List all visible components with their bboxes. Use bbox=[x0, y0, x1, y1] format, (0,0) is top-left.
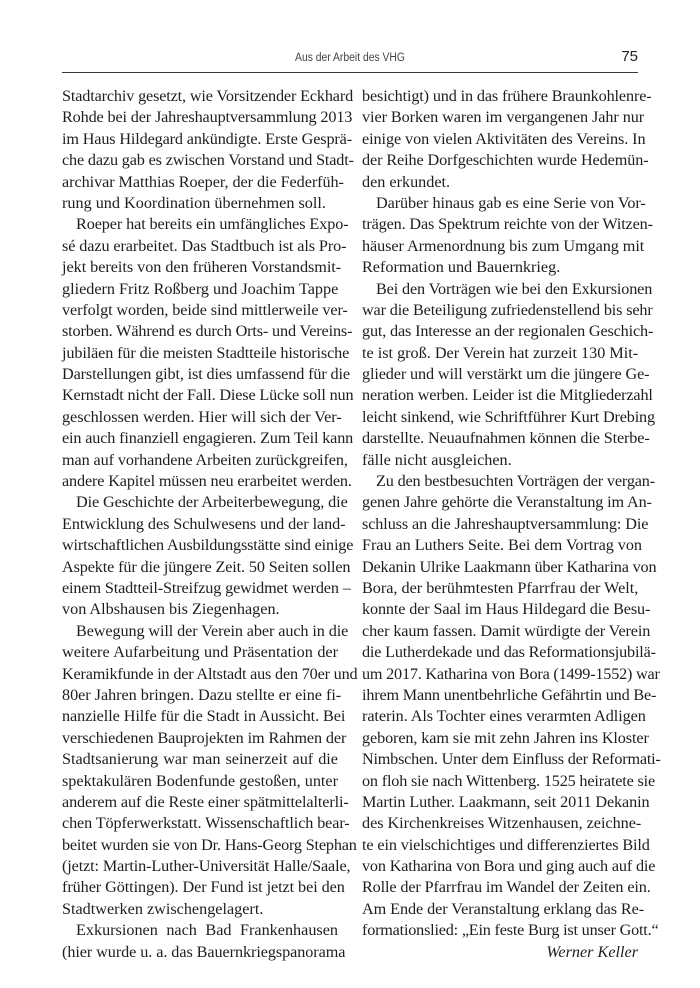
text-line: Rolle der Pfarrfrau im Wandel der Zeiten… bbox=[362, 877, 638, 898]
paragraph: Stadtarchiv gesetzt, wie Vorsitzender Ec… bbox=[62, 86, 338, 214]
text-line: Keramikfunde in der Altstadt aus den 70e… bbox=[62, 664, 338, 685]
text-line: neration werben. Leider ist die Mitglied… bbox=[362, 385, 638, 406]
author-signature: Werner Keller bbox=[362, 942, 638, 963]
text-line: fälle nicht ausgleichen. bbox=[362, 450, 638, 471]
right-column: besichtigt) und in das frühere Braunkohl… bbox=[362, 86, 638, 963]
text-line: te ist groß. Der Verein hat zurzeit 130 … bbox=[362, 343, 638, 364]
text-line: Exkursionen nach Bad Frankenhausen bbox=[62, 920, 338, 941]
paragraph: Roeper hat bereits ein umfängliches Expo… bbox=[62, 214, 338, 492]
text-line: der Reihe Dorfgeschichten wurde Hedemün- bbox=[362, 150, 638, 171]
text-line: Roeper hat bereits ein umfängliches Expo… bbox=[62, 214, 338, 235]
text-line: Zu den bestbesuchten Vorträgen der verga… bbox=[362, 471, 638, 492]
text-line: cher kaum fassen. Damit würdigte der Ver… bbox=[362, 621, 638, 642]
text-line: genen Jahre gehörte die Veranstaltung im… bbox=[362, 492, 638, 513]
left-column: Stadtarchiv gesetzt, wie Vorsitzender Ec… bbox=[62, 86, 338, 963]
text-line: archivar Matthias Roeper, der die Federf… bbox=[62, 172, 338, 193]
text-line: geboren, kam sie mit zehn Jahren ins Klo… bbox=[362, 728, 638, 749]
text-line: früher Göttingen). Der Fund ist jetzt be… bbox=[62, 877, 338, 898]
paragraph: Darüber hinaus gab es eine Serie von Vor… bbox=[362, 193, 638, 279]
text-line: rung und Koordination übernehmen soll. bbox=[62, 193, 338, 214]
text-line: beitet wurden sie von Dr. Hans-Georg Ste… bbox=[62, 835, 338, 856]
text-line: darstellte. Neuaufnahmen können die Ster… bbox=[362, 428, 638, 449]
text-line: Martin Luther. Laakmann, seit 2011 Dekan… bbox=[362, 792, 638, 813]
text-line: nanzielle Hilfe für die Stadt in Aussich… bbox=[62, 706, 338, 727]
text-line: Reformation und Bauernkrieg. bbox=[362, 257, 638, 278]
text-line: glieder und will verstärkt um die jünger… bbox=[362, 364, 638, 385]
text-line: einige von vielen Aktivitäten des Verein… bbox=[362, 129, 638, 150]
text-line: die Lutherdekade und das Reformationsjub… bbox=[362, 642, 638, 663]
text-line: Stadtsanierung war man seinerzeit auf di… bbox=[62, 749, 338, 770]
paragraph: Zu den bestbesuchten Vorträgen der verga… bbox=[362, 471, 638, 942]
text-line: Bora, der berühmtesten Pfarrfrau der Wel… bbox=[362, 578, 638, 599]
text-line: Darüber hinaus gab es eine Serie von Vor… bbox=[362, 193, 638, 214]
text-line: anderem auf die Reste einer spätmittelal… bbox=[62, 792, 338, 813]
text-line: Dekanin Ulrike Laakmann über Katharina v… bbox=[362, 557, 638, 578]
text-line: schluss an die Jahreshauptversammlung: D… bbox=[362, 514, 638, 535]
text-line: (hier wurde u. a. das Bauernkriegspanora… bbox=[62, 942, 338, 963]
text-line: jekt bereits von den früheren Vorstandsm… bbox=[62, 257, 338, 278]
paragraph: Bewegung will der Verein aber auch in di… bbox=[62, 621, 338, 920]
text-line: geschlossen werden. Hier will sich der V… bbox=[62, 407, 338, 428]
text-line: im Haus Hildegard ankündigte. Erste Gesp… bbox=[62, 129, 338, 150]
text-line: Aspekte für die jüngere Zeit. 50 Seiten … bbox=[62, 557, 338, 578]
text-line: te ein vielschichtiges und differenziert… bbox=[362, 835, 638, 856]
paragraph: besichtigt) und in das frühere Braunkohl… bbox=[362, 86, 638, 193]
text-line: Nimbschen. Unter dem Einfluss der Reform… bbox=[362, 749, 638, 770]
text-line: vier Borken waren im vergangenen Jahr nu… bbox=[362, 107, 638, 128]
text-line: trägen. Das Spektrum reichte von der Wit… bbox=[362, 214, 638, 235]
paragraph: Die Geschichte der Arbeiterbewegung, die… bbox=[62, 492, 338, 620]
text-line: ihrem Mann unentbehrliche Gefährtin und … bbox=[362, 685, 638, 706]
text-line: formationslied: „Ein feste Burg ist unse… bbox=[362, 920, 638, 941]
text-line: che dazu gab es zwischen Vorstand und St… bbox=[62, 150, 338, 171]
text-line: des Kirchenkreises Witzenhausen, zeichne… bbox=[362, 813, 638, 834]
text-line: Entwicklung des Schulwesens und der land… bbox=[62, 514, 338, 535]
text-line: man auf vorhandene Arbeiten zurückgreife… bbox=[62, 450, 338, 471]
page-number: 75 bbox=[621, 48, 638, 65]
text-line: 80er Jahren bringen. Dazu stellte er ein… bbox=[62, 685, 338, 706]
text-line: besichtigt) und in das frühere Braunkohl… bbox=[362, 86, 638, 107]
text-line: Darstellungen gibt, ist dies umfassend f… bbox=[62, 364, 338, 385]
paragraph: Bei den Vorträgen wie bei den Exkursione… bbox=[362, 279, 638, 472]
text-line: ein auch finanziell engagieren. Zum Teil… bbox=[62, 428, 338, 449]
text-line: von Albshausen bis Ziegenhagen. bbox=[62, 599, 338, 620]
text-line: von Katharina von Bora und ging auch auf… bbox=[362, 856, 638, 877]
text-line: Bei den Vorträgen wie bei den Exkursione… bbox=[362, 279, 638, 300]
text-line: Rohde bei der Jahreshauptversammlung 201… bbox=[62, 107, 338, 128]
text-line: um 2017. Katharina von Bora (1499-1552) … bbox=[362, 664, 638, 685]
paragraph: Exkursionen nach Bad Frankenhausen(hier … bbox=[62, 920, 338, 963]
text-line: on floh sie nach Wittenberg. 1525 heirat… bbox=[362, 771, 638, 792]
text-line: andere Kapitel müssen neu erarbeitet wer… bbox=[62, 471, 338, 492]
text-line: weitere Aufarbeitung und Präsentation de… bbox=[62, 642, 338, 663]
text-line: den erkundet. bbox=[362, 172, 638, 193]
text-line: Stadtwerken zwischengelagert. bbox=[62, 899, 338, 920]
text-line: raterin. Als Tochter eines verarmten Adl… bbox=[362, 706, 638, 727]
text-line: leicht sinkend, wie Schriftführer Kurt D… bbox=[362, 407, 638, 428]
page-header: Aus der Arbeit des VHG 75 bbox=[62, 46, 638, 73]
text-line: gliedern Fritz Roßberg und Joachim Tappe bbox=[62, 279, 338, 300]
text-line: verfolgt worden, beide sind mittlerweile… bbox=[62, 300, 338, 321]
text-line: verschiedenen Bauprojekten im Rahmen der bbox=[62, 728, 338, 749]
text-line: Die Geschichte der Arbeiterbewegung, die bbox=[62, 492, 338, 513]
text-line: chen Töpferwerkstatt. Wissenschaftlich b… bbox=[62, 813, 338, 834]
text-line: einem Stadtteil-Streifzug gewidmet werde… bbox=[62, 578, 338, 599]
text-line: Stadtarchiv gesetzt, wie Vorsitzender Ec… bbox=[62, 86, 338, 107]
text-line: war die Beteiligung zufriedenstellend bi… bbox=[362, 300, 638, 321]
text-line: Am Ende der Veranstaltung erklang das Re… bbox=[362, 899, 638, 920]
text-line: konnte der Saal im Haus Hildegard die Be… bbox=[362, 599, 638, 620]
text-line: Kernstadt nicht der Fall. Diese Lücke so… bbox=[62, 385, 338, 406]
text-line: spektakulären Bodenfunde gestoßen, unter bbox=[62, 771, 338, 792]
text-line: sé dazu erarbeitet. Das Stadtbuch ist al… bbox=[62, 236, 338, 257]
text-line: häuser Armenordnung bis zum Umgang mit bbox=[362, 236, 638, 257]
text-line: (jetzt: Martin-Luther-Universität Halle/… bbox=[62, 856, 338, 877]
text-line: Frau an Luthers Seite. Bei dem Vortrag v… bbox=[362, 535, 638, 556]
text-line: wirtschaftlichen Ausbildungsstätte sind … bbox=[62, 535, 338, 556]
text-line: gut, das Interesse an der regionalen Ges… bbox=[362, 321, 638, 342]
text-line: storben. Während es durch Orts- und Vere… bbox=[62, 321, 338, 342]
running-title: Aus der Arbeit des VHG bbox=[91, 52, 609, 64]
text-line: Bewegung will der Verein aber auch in di… bbox=[62, 621, 338, 642]
text-line: jubiläen für die meisten Stadtteile hist… bbox=[62, 343, 338, 364]
